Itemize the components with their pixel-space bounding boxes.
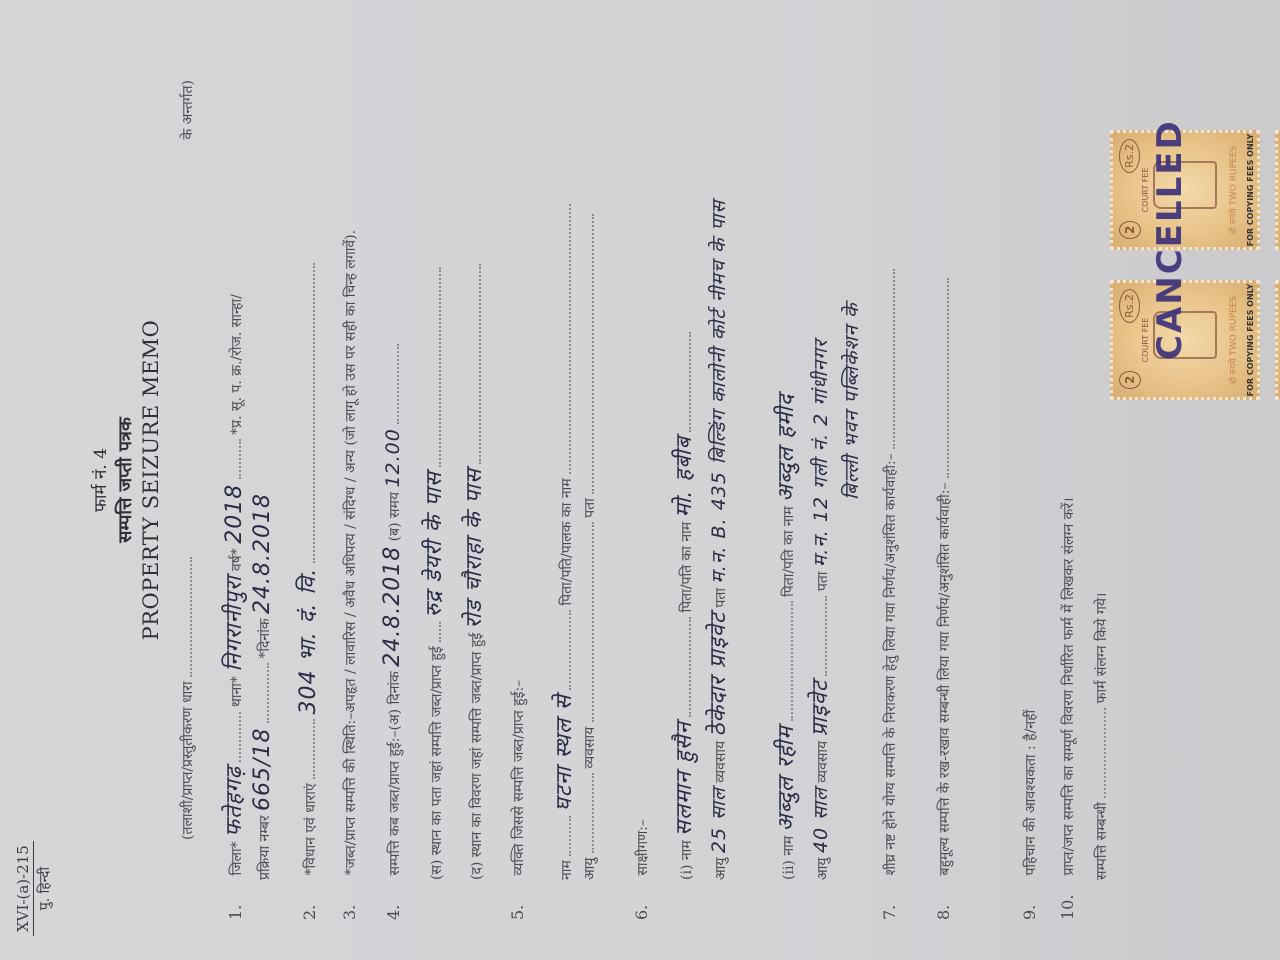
witness-2-occupation-label: व्यवसाय [815,741,831,783]
item-number: 8. [934,880,953,920]
place-desc-field[interactable]: रोड चौराहा के पास [462,468,487,628]
perishable-label: शीघ्र नष्ट होने योग्य सम्पत्ति के निराकर… [883,453,899,875]
item-4-place-row: (स) स्थान का पता जहां सम्पत्ति जब्त/प्रा… [418,267,448,880]
valuable-label: बहुमूल्य सम्पत्ति के रख-रखाव सम्बन्धी लि… [937,482,953,875]
address-field[interactable] [582,214,594,494]
court-fee-stamp: 2 Rs.2 COURT FEE दो रुपये TWO RUPEES FOR… [1275,280,1280,400]
date-field[interactable]: 24.8.2018 [250,493,275,614]
case-label: प्रक्रिया नम्बर [257,815,273,880]
witness-2-father-label: पिता/पति का नाम [781,506,797,597]
witness-1-occupation-field[interactable]: ठेकेदार प्राइवेट [706,612,731,736]
witness-1-father-label: पिता/पति का नाम [679,522,695,613]
district-field[interactable]: फतेहगढ़ [222,766,247,837]
act-label: *विधान एवं धाराएं [303,783,319,875]
witness-1-address-field[interactable]: म.न. B. 435 बिल्डिंग कालोनी कोर्ट नीमच क… [708,200,730,584]
item-number: 6. [632,880,651,920]
perishable-field[interactable] [883,269,895,449]
station-label: थाना* [229,676,245,707]
case-field[interactable]: 665/18 [250,728,275,811]
witness-2-occupation-field[interactable]: प्राइवेट [808,680,833,736]
item-9-row: 9. पहिचान की आवश्यकता : है/नहीं [1020,710,1040,920]
item-8-row: 8. बहुमूल्य सम्पत्ति के रख-रखाव सम्बन्धी… [934,278,954,920]
form-code-language: पु. हिन्दी [34,841,54,936]
stamp-copying-fees: FOR COPYING FEES ONLY [1246,133,1255,247]
witness-1-occupation-label: व्यवसाय [713,741,729,783]
witness-1-name-label: (i) नाम [679,840,695,880]
item-10-row: 10. प्राप्त/जप्त सम्पत्ति का सम्पूर्ण वि… [1058,498,1078,920]
person-name-field[interactable]: घटना स्थल से [552,694,577,811]
title-hindi: सम्पत्ति जप्ती पत्रक [113,0,137,960]
witness-2-address-field-2[interactable]: बिल्ली भवन पब्लिकेशन के [841,302,863,500]
item-4-row: 4. सम्पत्ति कब जब्त/प्राप्त हुई:–(अ) दिन… [380,344,405,920]
stamp-currency: Rs.2 [1119,289,1140,323]
item-number: 9. [1020,880,1039,920]
item-7-row: 7. शीघ्र नष्ट होने योग्य सम्पत्ति के निर… [880,269,900,920]
property-forms-label: सम्पत्ति सम्बन्धी [1094,802,1110,880]
fir-label: *प्र. सू. प. क्र./रोज. सान्हा/ [229,294,245,435]
seizure-time-label: (ब) समय [387,492,403,541]
witness-1-age-row: आयु 25 साल व्यवसाय ठेकेदार प्राइवेट पता … [702,200,732,880]
district-label: जिला* [229,841,245,875]
age-field[interactable] [582,773,594,853]
form-code-number: XVI-(a)-215 [14,841,34,936]
act-field[interactable]: 304 भा. दं. वि. [296,568,321,715]
dotted-line [303,263,315,563]
stamp-value: 2 [1119,221,1141,239]
place-field[interactable]: रुद्र डेयरी के पास [422,471,447,617]
dotted-line [387,344,399,424]
witness-2-father-field[interactable]: अब्दुल हमीद [774,394,799,502]
item-1-row: 1. जिला* फतेहगढ़ थाना* निगरानीपुरा वर्ष*… [218,294,248,920]
subtitle-end: के अन्तर्गत) [178,80,197,140]
form-header: फार्म नं. 4 सम्पत्ति जप्ती पत्रक PROPERT… [88,0,163,960]
witness-1-age-field[interactable]: 25 साल [708,787,730,853]
witness-2-name-row: (ii) नाम अब्दुल रहीम पिता/पति का नाम अब्… [770,394,800,881]
stamp-two-rupees: दो रुपये TWO RUPEES [1226,283,1239,397]
court-fee-stamp: 2 Rs.2 COURT FEE दो रुपये TWO RUPEES FOR… [1275,130,1280,250]
seizure-time-field[interactable]: 12.00 [382,428,404,487]
item-number: 7. [880,880,899,920]
dotted-line [559,610,571,690]
seizure-memo-page: XVI-(a)-215 पु. हिन्दी फार्म नं. 4 सम्पत… [0,0,1280,960]
item-number: 1. [226,880,245,920]
item-5-row: 5. व्यक्ति जिससे सम्पत्ति जब्त/प्राप्त ह… [508,680,528,920]
item-5-age-row: आयु व्यवसाय पता [580,214,599,880]
dotted-line [559,816,571,856]
witness-2-age-row: आयु 40 साल व्यवसाय प्राइवेट पता म.न. 12 … [804,339,834,880]
stamp-currency: Rs.2 [1119,139,1140,173]
dotted-line [679,617,691,717]
item-number: 10. [1058,880,1077,920]
occupation-field[interactable] [582,522,594,722]
stamp-court-fee: COURT FEE [1141,283,1150,397]
cancelled-stamp-mark: CANCELLED [1150,119,1190,360]
stamp-value: 2 [1119,371,1141,389]
form-number: फार्म नं. 4 [88,0,111,960]
item-4-desc-row: (द) स्थान का विवरण जहां सम्पत्ति जब्त/प्… [458,264,488,880]
witness-2-age-field[interactable]: 40 साल [810,787,832,853]
seizure-date-label: सम्पत्ति कब जब्त/प्राप्त हुई:–(अ) दिनांक [387,671,403,875]
dotted-line [679,332,691,432]
item-2-row: 2. *विधान एवं धाराएं 304 भा. दं. वि. [292,263,322,920]
item-10-row-2: सम्पत्ति सम्बन्धी फार्म संलग्न किये गये। [1092,593,1111,880]
witness-1-name-row: (i) नाम सलमान हुसैन पिता/पति का नाम मो. … [668,332,698,880]
place-label: (स) स्थान का पता जहां सम्पत्ति जब्त/प्रा… [429,646,445,880]
title-english: PROPERTY SEIZURE MEMO [139,0,163,960]
station-field[interactable]: निगरानीपुरा [222,576,247,672]
dotted-line [180,557,192,677]
year-field[interactable]: 2018 [222,484,247,544]
witness-1-address-label: पता [713,588,729,608]
name-label: नाम [559,860,575,880]
dotted-line [781,601,793,721]
dotted-line [229,712,241,762]
stamp-two-rupees: दो रुपये TWO RUPEES [1226,133,1239,247]
court-fee-stamps: 2 Rs.2 COURT FEE दो रुपये TWO RUPEES FOR… [1110,0,1280,400]
item-number: 3. [340,880,359,920]
item-number: 4. [384,880,403,920]
subtitle-text: (तलाशी/प्राप्त/प्रस्तुतीकरण धारा [180,681,196,840]
dotted-line [257,663,269,723]
forms-count-field[interactable] [1094,708,1106,798]
dotted-line [229,439,241,479]
witness-2-name-label: (ii) नाम [781,836,797,880]
identification-label[interactable]: पहिचान की आवश्यकता : है/नहीं [1023,710,1039,876]
item-5-name-row: नाम घटना स्थल से पिता/पति/पालक का नाम [548,204,578,880]
witness-2-name-field[interactable]: अब्दुल रहीम [774,726,799,832]
form-code: XVI-(a)-215 पु. हिन्दी [14,841,54,936]
witness-2-age-label: आयु [815,858,831,880]
witness-2-address-row-2: बिल्ली भवन पब्लिकेशन के [838,302,864,500]
stamp-court-fee: COURT FEE [1141,133,1150,247]
year-label: वर्ष* [229,548,245,571]
forms-attached-label: फार्म संलग्न किये गये। [1094,593,1110,704]
item-6-row: 6. साक्षीगण:– [632,819,652,920]
address-label: पता [582,498,598,518]
seizure-date-field[interactable]: 24.8.2018 [380,546,405,667]
witness-2-address-field[interactable]: म.न. 12 गली नं. 2 गांधीनगर [810,339,832,567]
dotted-line [429,622,441,642]
stamp-copying-fees: FOR COPYING FEES ONLY [1246,283,1255,397]
witness-1-name-field[interactable]: सलमान हुसैन [672,721,697,836]
date-label: *दिनांक [257,618,273,658]
dotted-line [469,264,481,464]
person-label: व्यक्ति जिससे सम्पत्ति जब्त/प्राप्त हुई:… [511,680,527,876]
property-status-label[interactable]: *जब्त/प्राप्त सम्पत्ति की स्थिति:–अपहृत … [343,230,359,876]
witness-1-father-field[interactable]: मो. हबीब [672,436,697,517]
father-field[interactable] [559,204,571,474]
dotted-line [815,596,827,676]
full-details-label: प्राप्त/जप्त सम्पत्ति का सम्पूर्ण विवरण … [1061,498,1077,876]
item-3-row: 3. *जब्त/प्राप्त सम्पत्ति की स्थिति:–अपह… [340,230,360,920]
place-desc-label: (द) स्थान का विवरण जहां सम्पत्ति जब्त/प्… [469,633,485,880]
item-number: 2. [300,880,319,920]
occupation-label: व्यवसाय [582,727,598,769]
witnesses-label: साक्षीगण:– [635,819,651,875]
form-subtitle: (तलाशी/प्राप्त/प्रस्तुतीकरण धारा के अन्त… [178,80,197,840]
valuable-field[interactable] [937,278,949,478]
dotted-line [429,267,441,467]
witness-1-age-label: आयु [713,858,729,880]
dotted-line [303,719,315,779]
witness-2-address-label: पता [815,572,831,592]
item-number: 5. [508,880,527,920]
father-label: पिता/पति/पालक का नाम [559,478,575,605]
age-label: आयु [582,858,598,880]
item-1-row-2: प्रक्रिया नम्बर 665/18 *दिनांक 24.8.2018 [250,493,275,880]
